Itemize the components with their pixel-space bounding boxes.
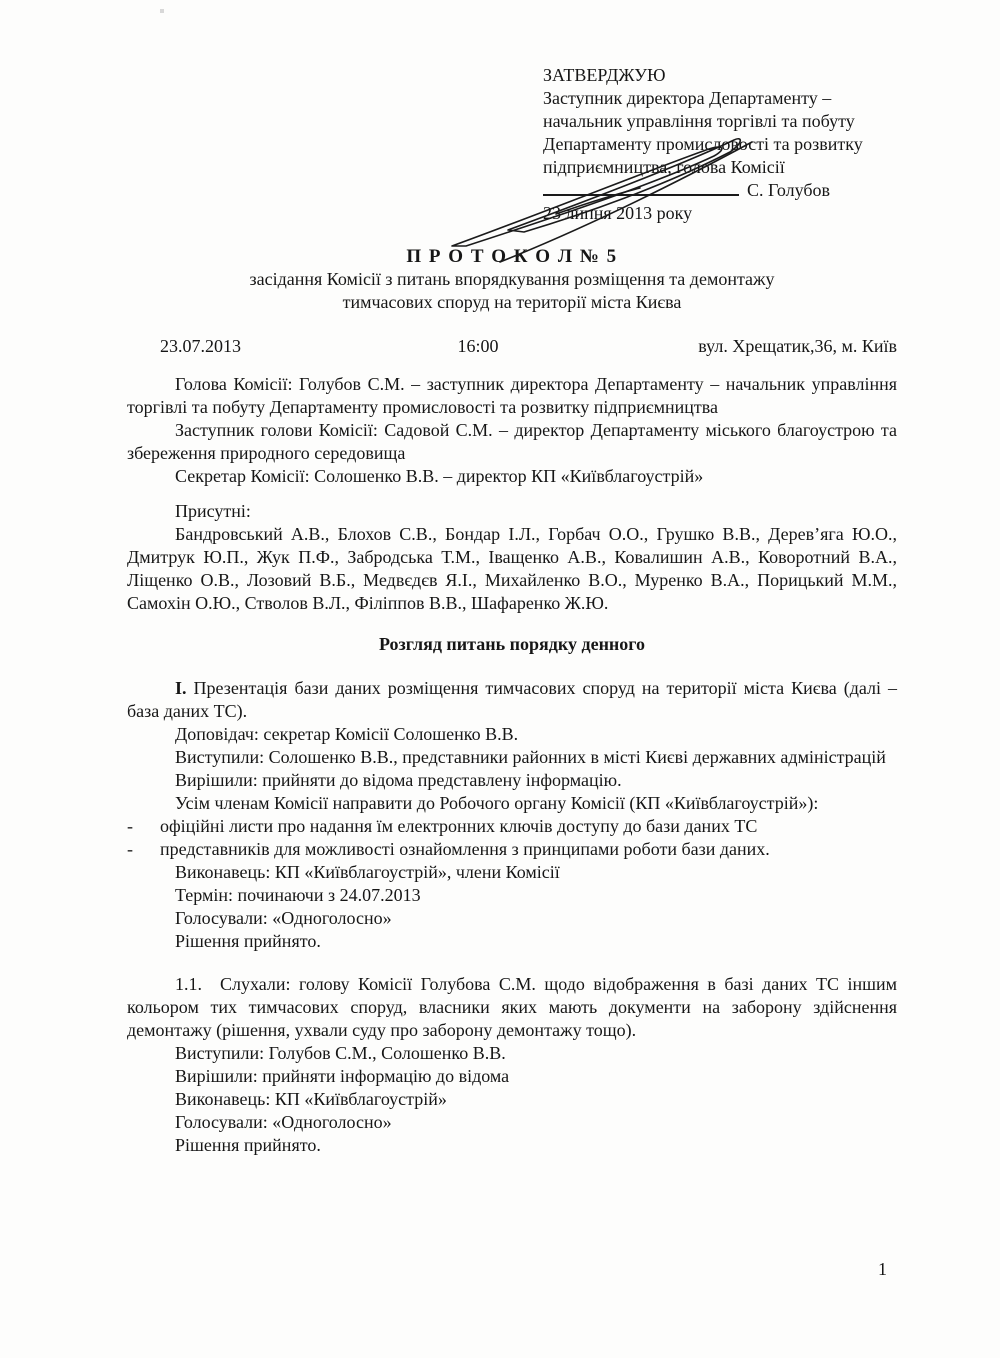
scan-artifact: [160, 9, 164, 13]
agenda-item-1-1-executor: Виконавець: КП «Київблагоустрій»: [127, 1088, 897, 1111]
agenda-item-1-1-number: 1.1.: [175, 974, 202, 994]
protocol-title: П Р О Т О К О Л № 5: [127, 245, 897, 268]
approval-date: 23 липня 2013 року: [543, 202, 897, 225]
approval-line: Заступник директора Департаменту –: [543, 87, 897, 110]
approval-title: ЗАТВЕРДЖУЮ: [543, 64, 897, 87]
signature-line: [543, 182, 739, 196]
protocol-subtitle-line2: тимчасових споруд на території міста Киє…: [127, 291, 897, 314]
agenda-item-1-executor: Виконавець: КП «Київблагоустрій», члени …: [127, 861, 897, 884]
agenda-item-1-1-decided: Вирішили: прийняти інформацію до відома: [127, 1065, 897, 1088]
agenda-item-1-text: Презентація бази даних розміщення тимчас…: [127, 678, 897, 721]
dash-marker: -: [127, 838, 160, 861]
agenda-item-1-1-resolution: Рішення прийнято.: [127, 1134, 897, 1157]
agenda-item-1-term: Термін: починаючи з 24.07.2013: [127, 884, 897, 907]
approval-line: підприємництва, голова Комісії: [543, 156, 897, 179]
meeting-time: 16:00: [457, 335, 498, 358]
bullet-text: представників для можливості ознайомленн…: [160, 838, 897, 861]
protocol-subtitle-line1: засідання Комісії з питань впорядкування…: [127, 268, 897, 291]
agenda-item-1-1-spoke: Виступили: Голубов С.М., Солошенко В.В.: [127, 1042, 897, 1065]
title-block: П Р О Т О К О Л № 5 засідання Комісії з …: [127, 245, 897, 314]
page-number: 1: [878, 1259, 887, 1280]
agenda-item-1-number: I.: [175, 678, 187, 698]
commission-secretary-paragraph: Секретар Комісії: Солошенко В.В. – дирек…: [127, 465, 897, 488]
approval-line: начальник управління торгівлі та побуту: [543, 110, 897, 133]
agenda-item-1-bullet-2: - представників для можливості ознайомле…: [127, 838, 897, 861]
agenda-item-1-decided: Вирішили: прийняти до відома представлен…: [127, 769, 897, 792]
approval-line: Департаменту промисловості та розвитку: [543, 133, 897, 156]
agenda-heading: Розгляд питань порядку денного: [127, 633, 897, 656]
agenda-item-1-directive: Усім членам Комісії направити до Робочог…: [127, 792, 897, 815]
agenda-item-1-paragraph: I. Презентація бази даних розміщення тим…: [127, 677, 897, 723]
meeting-info-row: 23.07.2013 16:00 вул. Хрещатик,36, м. Ки…: [127, 335, 897, 358]
agenda-item-1-resolution: Рішення прийнято.: [127, 930, 897, 953]
meeting-date: 23.07.2013: [127, 335, 241, 358]
agenda-item-1-1-voted: Голосували: «Одноголосно»: [127, 1111, 897, 1134]
agenda-item-1-spoke: Виступили: Солошенко В.В., представники …: [127, 746, 897, 769]
agenda-item-1-voted: Голосували: «Одноголосно»: [127, 907, 897, 930]
agenda-item-1-speaker: Доповідач: секретар Комісії Солошенко В.…: [127, 723, 897, 746]
bullet-text: офіційні листи про надання їм електронни…: [160, 815, 897, 838]
scanned-document-page: ЗАТВЕРДЖУЮ Заступник директора Департаме…: [0, 0, 1000, 1358]
meeting-location: вул. Хрещатик,36, м. Київ: [698, 335, 897, 358]
approval-block: ЗАТВЕРДЖУЮ Заступник директора Департаме…: [543, 64, 897, 225]
attendees-label: Присутні:: [127, 500, 897, 523]
signatory-name: С. Голубов: [747, 180, 830, 200]
commission-head-paragraph: Голова Комісії: Голубов С.М. – заступник…: [127, 373, 897, 419]
document-content: ЗАТВЕРДЖУЮ Заступник директора Департаме…: [127, 64, 897, 1157]
signature-row: С. Голубов: [543, 179, 897, 202]
agenda-item-1-bullet-1: - офіційні листи про надання їм електрон…: [127, 815, 897, 838]
agenda-item-1-1-text: Слухали: голову Комісії Голубова С.М. що…: [127, 974, 897, 1040]
dash-marker: -: [127, 815, 160, 838]
commission-deputy-paragraph: Заступник голови Комісії: Садовой С.М. –…: [127, 419, 897, 465]
attendees-names: Бандровський А.В., Блохов С.В., Бондар І…: [127, 523, 897, 615]
agenda-item-1-1-paragraph: 1.1.Слухали: голову Комісії Голубова С.М…: [127, 973, 897, 1042]
